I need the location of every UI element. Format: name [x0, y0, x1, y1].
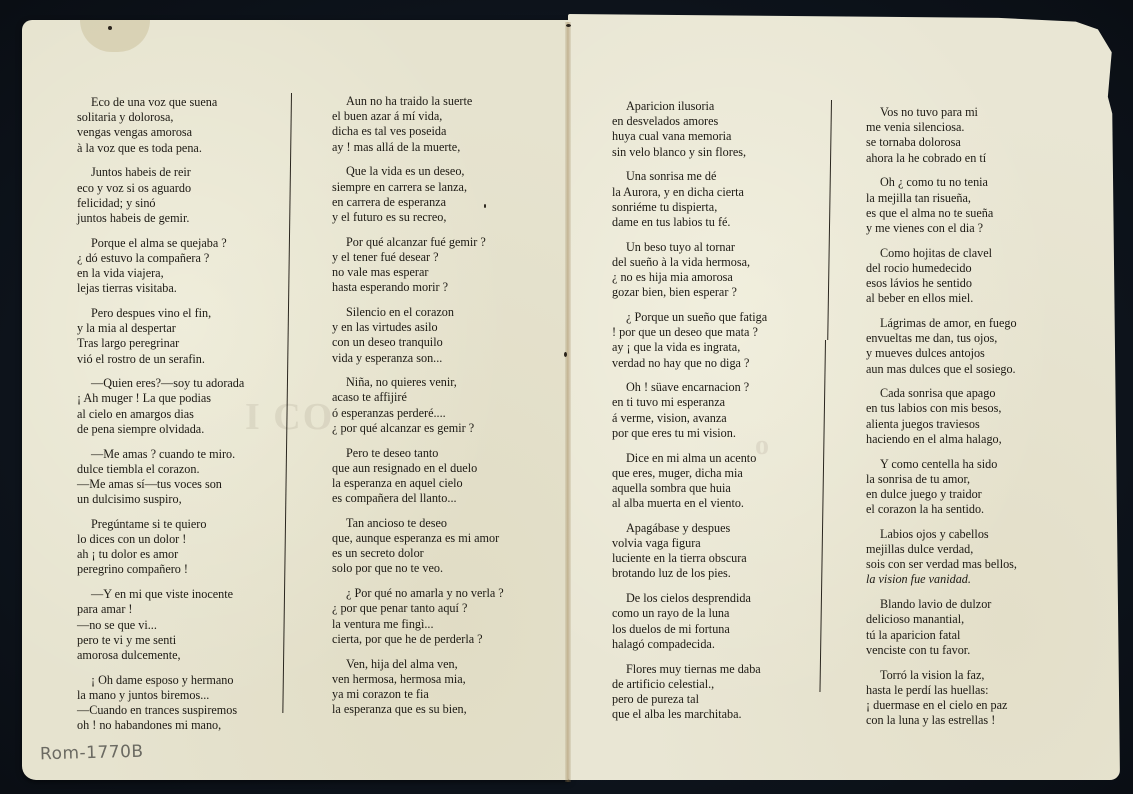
verse-line: Como hojitas de clavel — [866, 246, 1066, 261]
verse-line: huya cual vana memoria — [612, 129, 822, 144]
catalog-mark: Rom-1770B — [40, 742, 144, 765]
verse-line: dicha es tal ves poseida — [332, 124, 542, 139]
poem-column-4: Vos no tuvo para mime venia silenciosa.s… — [866, 105, 1066, 738]
verse-line: ! por que un deseo que mata ? — [612, 325, 822, 340]
verse-line: Blando lavio de dulzor — [866, 597, 1066, 612]
verse-line: que el alba les marchitaba. — [612, 707, 822, 722]
verse-line: ahora la he cobrado en tí — [866, 151, 1066, 166]
stanza: Ven, hija del alma ven,ven hermosa, herm… — [332, 657, 542, 718]
verse-line: sonriéme tu dispierta, — [612, 200, 822, 215]
verse-line: y el futuro es su recreo, — [332, 210, 542, 225]
verse-line: para amar ! — [77, 602, 277, 617]
verse-line: Dice en mi alma un acento — [612, 451, 822, 466]
verse-line: es compañera del llanto... — [332, 491, 542, 506]
verse-line: Porque el alma se quejaba ? — [77, 236, 277, 251]
verse-line: los duelos de mi fortuna — [612, 622, 822, 637]
verse-line: ¡ duermase en el cielo en paz — [866, 698, 1066, 713]
verse-line: juntos habeis de gemir. — [77, 211, 277, 226]
verse-line: en la vida viajera, — [77, 266, 277, 281]
stanza: Lágrimas de amor, en fuegoenvueltas me d… — [866, 316, 1066, 377]
verse-line: se tornaba dolorosa — [866, 135, 1066, 150]
verse-line: —Quien eres?—soy tu adorada — [77, 376, 277, 391]
verse-line: ay ! mas allá de la muerte, — [332, 140, 542, 155]
stanza: Y como centella ha sidola sonrisa de tu … — [866, 457, 1066, 518]
verse-line: ya mi corazon te fia — [332, 687, 542, 702]
verse-line: delicioso manantial, — [866, 612, 1066, 627]
verse-line: Silencio en el corazon — [332, 305, 542, 320]
verse-line: ó esperanzas perderé.... — [332, 406, 542, 421]
verse-line: pero de pureza tal — [612, 692, 822, 707]
verse-line: que aun resignado en el duelo — [332, 461, 542, 476]
verse-line: oh ! no habandones mi mano, — [77, 718, 277, 733]
stanza: Labios ojos y cabellosmejillas dulce ver… — [866, 527, 1066, 588]
verse-line: Juntos habeis de reir — [77, 165, 277, 180]
ink-mark — [564, 352, 567, 357]
verse-line: Vos no tuvo para mi — [866, 105, 1066, 120]
verse-line: Una sonrisa me dé — [612, 169, 822, 184]
stanza: De los cielos desprendidacomo un rayo de… — [612, 591, 822, 652]
verse-line: Pero despues vino el fin, — [77, 306, 277, 321]
poem-column-1: Eco de una voz que suenasolitaria y dolo… — [77, 95, 277, 743]
verse-line: vengas vengas amorosa — [77, 125, 277, 140]
verse-line: ¿ Por qué no amarla y no verla ? — [332, 586, 542, 601]
stanza: Pero te deseo tantoque aun resignado en … — [332, 446, 542, 507]
verse-line: y me vienes con el dia ? — [866, 221, 1066, 236]
verse-line: —Me amas ? cuando te miro. — [77, 447, 277, 462]
verse-line: al alba muerta en el viento. — [612, 496, 822, 511]
verse-line: alienta juegos traviesos — [866, 417, 1066, 432]
verse-line: aquella sombra que huia — [612, 481, 822, 496]
stanza: Pregúntame si te quierolo dices con un d… — [77, 517, 277, 578]
verse-line: la esperanza en aquel cielo — [332, 476, 542, 491]
verse-line: halagó compadecida. — [612, 637, 822, 652]
verse-line: ¿ Porque un sueño que fatiga — [612, 310, 822, 325]
verse-line: en dulce juego y traidor — [866, 487, 1066, 502]
stanza: —Quien eres?—soy tu adorada¡ Ah muger ! … — [77, 376, 277, 437]
verse-line: y la mia al despertar — [77, 321, 277, 336]
verse-line: del rocio humedecido — [866, 261, 1066, 276]
verse-line: hasta le perdí las huellas: — [866, 683, 1066, 698]
verse-line: de pena siempre olvidada. — [77, 422, 277, 437]
stanza: ¿ Porque un sueño que fatiga! por que un… — [612, 310, 822, 371]
verse-line: dame en tus labios tu fé. — [612, 215, 822, 230]
verse-line: ven hermosa, hermosa mia, — [332, 672, 542, 687]
stanza: —Y en mi que viste inocentepara amar !—n… — [77, 587, 277, 663]
verse-line: un dulcisimo suspiro, — [77, 492, 277, 507]
verse-line: en desvelados amores — [612, 114, 822, 129]
verse-line: Torró la vision la faz, — [866, 668, 1066, 683]
verse-line: Aun no ha traido la suerte — [332, 94, 542, 109]
verse-line: la vision fue vanidad. — [866, 572, 1066, 587]
verse-line: del sueño à la vida hermosa, — [612, 255, 822, 270]
verse-line: ¡ Oh dame esposo y hermano — [77, 673, 277, 688]
verse-line: y el tener fué desear ? — [332, 250, 542, 265]
verse-line: Que la vida es un deseo, — [332, 164, 542, 179]
verse-line: —Me amas sí—tus voces son — [77, 477, 277, 492]
verse-line: volvia vaga figura — [612, 536, 822, 551]
verse-line: la sonrisa de tu amor, — [866, 472, 1066, 487]
verse-line: á verme, vision, avanza — [612, 411, 822, 426]
stanza: Niña, no quieres venir,acaso te affijiré… — [332, 375, 542, 436]
poem-column-3: Aparicion ilusoriaen desvelados amoreshu… — [612, 99, 822, 732]
verse-line: ¿ no es hija mia amorosa — [612, 270, 822, 285]
verse-line: en carrera de esperanza — [332, 195, 542, 210]
verse-line: al cielo en amargos dias — [77, 407, 277, 422]
verse-line: Apagábase y despues — [612, 521, 822, 536]
verse-line: lo dices con un dolor ! — [77, 532, 277, 547]
verse-line: aun mas dulces que el sosiego. — [866, 362, 1066, 377]
verse-line: venciste con tu favor. — [866, 643, 1066, 658]
verse-line: Oh ! süave encarnacion ? — [612, 380, 822, 395]
verse-line: —Y en mi que viste inocente — [77, 587, 277, 602]
verse-line: Ven, hija del alma ven, — [332, 657, 542, 672]
verse-line: sin velo blanco y sin flores, — [612, 145, 822, 160]
verse-line: ay ¡ que la vida es ingrata, — [612, 340, 822, 355]
verse-line: Lágrimas de amor, en fuego — [866, 316, 1066, 331]
verse-line: verdad no hay que no diga ? — [612, 356, 822, 371]
verse-line: ¿ por que penar tanto aquí ? — [332, 601, 542, 616]
verse-line: la mejilla tan risueña, — [866, 191, 1066, 206]
stanza: Dice en mi alma un acentoque eres, muger… — [612, 451, 822, 512]
verse-line: en tus labios con mis besos, — [866, 401, 1066, 416]
verse-line: Un beso tuyo al tornar — [612, 240, 822, 255]
stanza: Aparicion ilusoriaen desvelados amoreshu… — [612, 99, 822, 160]
verse-line: en ti tuvo mi esperanza — [612, 395, 822, 410]
verse-line: con la luna y las estrellas ! — [866, 713, 1066, 728]
verse-line: al beber en ellos miel. — [866, 291, 1066, 306]
verse-line: felicidad; y sinó — [77, 196, 277, 211]
verse-line: Tras largo peregrinar — [77, 336, 277, 351]
stanza: Oh ¿ como tu no teniala mejilla tan risu… — [866, 175, 1066, 236]
verse-line: brotando luz de los pies. — [612, 566, 822, 581]
verse-line: —no se que vi... — [77, 618, 277, 633]
stanza: Que la vida es un deseo,siempre en carre… — [332, 164, 542, 225]
verse-line: que, aunque esperanza es mi amor — [332, 531, 542, 546]
verse-line: Oh ¿ como tu no tenia — [866, 175, 1066, 190]
verse-line: De los cielos desprendida — [612, 591, 822, 606]
verse-line: pero te vi y me senti — [77, 633, 277, 648]
verse-line: es un secreto dolor — [332, 546, 542, 561]
verse-line: —Cuando en trances suspiremos — [77, 703, 277, 718]
verse-line: Tan ancioso te deseo — [332, 516, 542, 531]
verse-line: por que eres tu mi vision. — [612, 426, 822, 441]
verse-line: y en las virtudes asilo — [332, 320, 542, 335]
verse-line: y mueves dulces antojos — [866, 346, 1066, 361]
stanza: Un beso tuyo al tornardel sueño à la vid… — [612, 240, 822, 301]
verse-line: lejas tierras visitaba. — [77, 281, 277, 296]
verse-line: Aparicion ilusoria — [612, 99, 822, 114]
verse-line: eco y voz si os aguardo — [77, 181, 277, 196]
stanza: ¿ Por qué no amarla y no verla ?¿ por qu… — [332, 586, 542, 647]
verse-line: la ventura me fingì... — [332, 617, 542, 632]
verse-line: la Aurora, y en dicha cierta — [612, 185, 822, 200]
stanza: Cada sonrisa que apagoen tus labios con … — [866, 386, 1066, 447]
verse-line: esos lávios he sentido — [866, 276, 1066, 291]
verse-line: que eres, muger, dicha mia — [612, 466, 822, 481]
stanza: Vos no tuvo para mime venia silenciosa.s… — [866, 105, 1066, 166]
verse-line: Por qué alcanzar fué gemir ? — [332, 235, 542, 250]
verse-line: mejillas dulce verdad, — [866, 542, 1066, 557]
verse-line: solo por que no te veo. — [332, 561, 542, 576]
verse-line: la esperanza que es su bien, — [332, 702, 542, 717]
verse-line: amorosa dulcemente, — [77, 648, 277, 663]
verse-line: vió el rostro de un serafin. — [77, 352, 277, 367]
ink-blot — [108, 26, 112, 30]
ink-blot — [566, 24, 571, 27]
stanza: Juntos habeis de reireco y voz si os agu… — [77, 165, 277, 226]
verse-line: acaso te affijiré — [332, 390, 542, 405]
verse-line: de artificio celestial., — [612, 677, 822, 692]
verse-line: no vale mas esperar — [332, 265, 542, 280]
verse-line: sois con ser verdad mas bellos, — [866, 557, 1066, 572]
stanza: Oh ! süave encarnacion ?en ti tuvo mi es… — [612, 380, 822, 441]
verse-line: cierta, por que he de perderla ? — [332, 632, 542, 647]
stanza: Apagábase y despuesvolvia vaga figuraluc… — [612, 521, 822, 582]
verse-line: tú la aparicion fatal — [866, 628, 1066, 643]
stanza: Eco de una voz que suenasolitaria y dolo… — [77, 95, 277, 156]
page-fold — [565, 22, 571, 782]
stanza: Aun no ha traido la suerteel buen azar á… — [332, 94, 542, 155]
verse-line: con un deseo tranquilo — [332, 335, 542, 350]
stanza: Una sonrisa me déla Aurora, y en dicha c… — [612, 169, 822, 230]
stanza: Porque el alma se quejaba ?¿ dó estuvo l… — [77, 236, 277, 297]
verse-line: envueltas me dan, tus ojos, — [866, 331, 1066, 346]
verse-line: me venia silenciosa. — [866, 120, 1066, 135]
stanza: Flores muy tiernas me dabade artificio c… — [612, 662, 822, 723]
stanza: ¡ Oh dame esposo y hermanola mano y junt… — [77, 673, 277, 734]
verse-line: la mano y juntos biremos... — [77, 688, 277, 703]
verse-line: hasta esperando morir ? — [332, 280, 542, 295]
verse-line: Y como centella ha sido — [866, 457, 1066, 472]
verse-line: ¿ por qué alcanzar es gemir ? — [332, 421, 542, 436]
stanza: Torró la vision la faz,hasta le perdí la… — [866, 668, 1066, 729]
verse-line: Flores muy tiernas me daba — [612, 662, 822, 677]
verse-line: Labios ojos y cabellos — [866, 527, 1066, 542]
verse-line: à la voz que es toda pena. — [77, 141, 277, 156]
verse-line: Cada sonrisa que apago — [866, 386, 1066, 401]
stanza: Pero despues vino el fin,y la mia al des… — [77, 306, 277, 367]
verse-line: siempre en carrera se lanza, — [332, 180, 542, 195]
verse-line: es que el alma no te sueña — [866, 206, 1066, 221]
verse-line: dulce tiembla el corazon. — [77, 462, 277, 477]
verse-line: luciente en la tierra obscura — [612, 551, 822, 566]
verse-line: el buen azar á mí vida, — [332, 109, 542, 124]
verse-line: Pregúntame si te quiero — [77, 517, 277, 532]
poem-column-2: Aun no ha traido la suerteel buen azar á… — [332, 94, 542, 727]
verse-line: gozar bien, bien esperar ? — [612, 285, 822, 300]
verse-line: haciendo en el alma halago, — [866, 432, 1066, 447]
verse-line: vida y esperanza son... — [332, 351, 542, 366]
verse-line: ¡ Ah muger ! La que podias — [77, 391, 277, 406]
stanza: —Me amas ? cuando te miro.dulce tiembla … — [77, 447, 277, 508]
verse-line: el corazon la ha sentido. — [866, 502, 1066, 517]
verse-line: peregrino compañero ! — [77, 562, 277, 577]
verse-line: como un rayo de la luna — [612, 606, 822, 621]
verse-line: ¿ dó estuvo la compañera ? — [77, 251, 277, 266]
stanza: Silencio en el corazony en las virtudes … — [332, 305, 542, 366]
stanza: Blando lavio de dulzordelicioso manantia… — [866, 597, 1066, 658]
verse-line: Niña, no quieres venir, — [332, 375, 542, 390]
verse-line: ah ¡ tu dolor es amor — [77, 547, 277, 562]
verse-line: Eco de una voz que suena — [77, 95, 277, 110]
verse-line: solitaria y dolorosa, — [77, 110, 277, 125]
verse-line: Pero te deseo tanto — [332, 446, 542, 461]
stanza: Tan ancioso te deseoque, aunque esperanz… — [332, 516, 542, 577]
stanza: Por qué alcanzar fué gemir ?y el tener f… — [332, 235, 542, 296]
stanza: Como hojitas de claveldel rocio humedeci… — [866, 246, 1066, 307]
